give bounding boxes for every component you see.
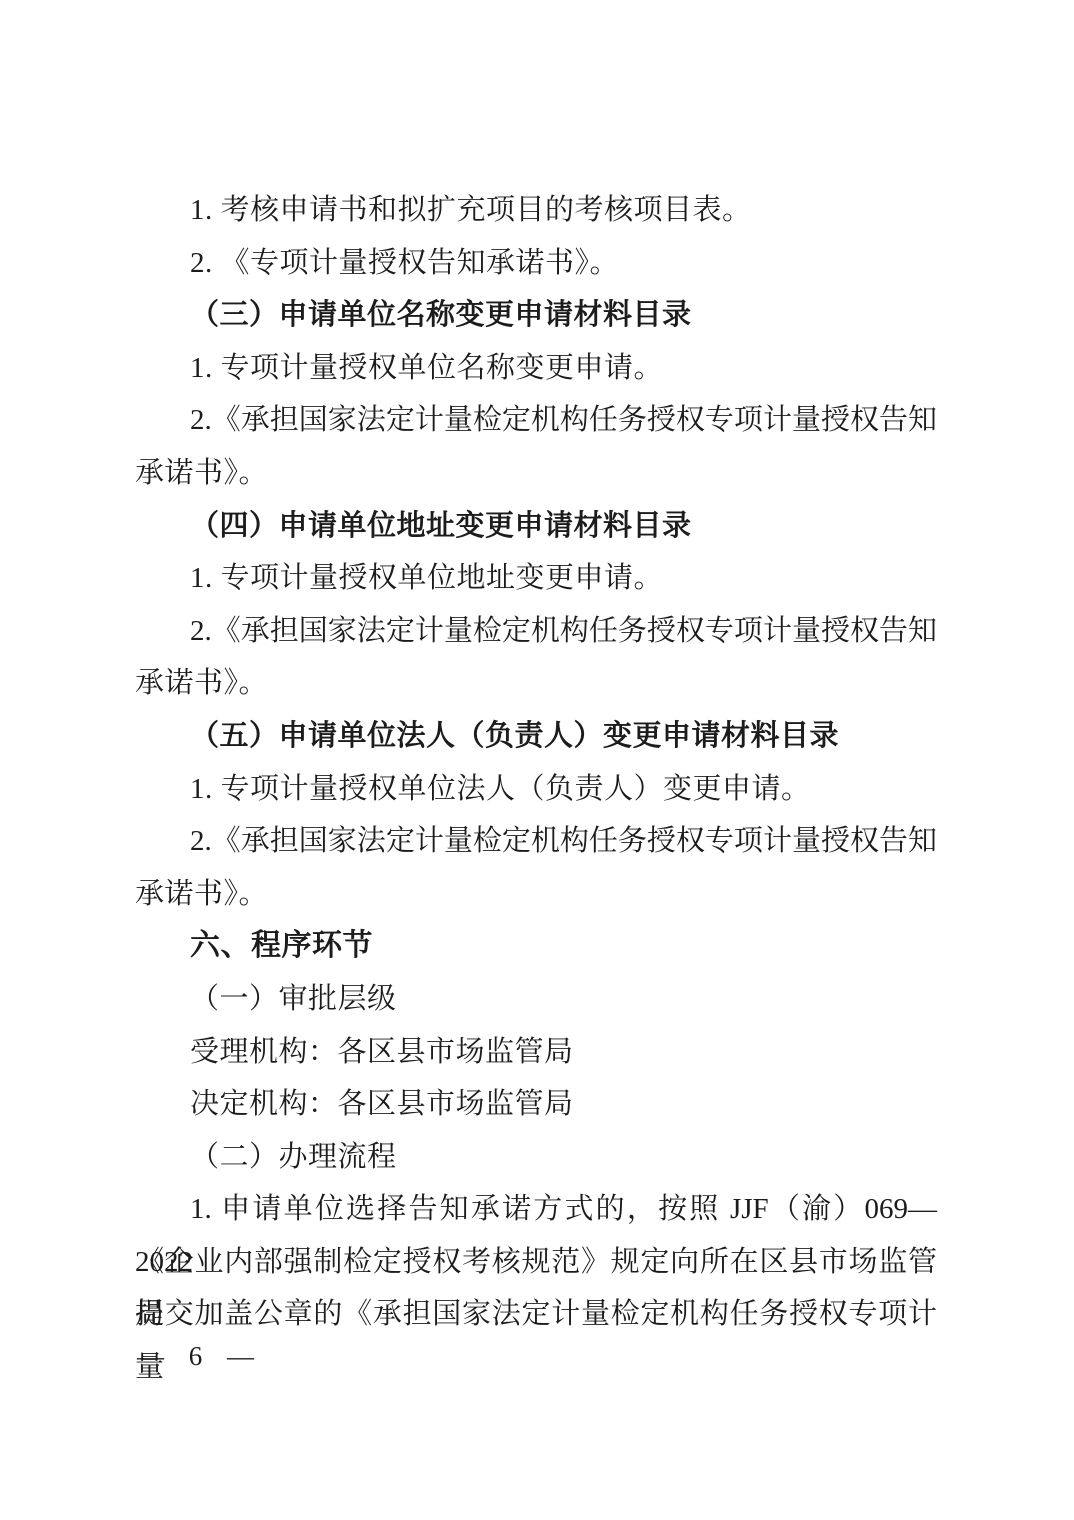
page-number: — 6 — [137, 1330, 256, 1383]
list-item-line: 2.《承担国家法定计量检定机构任务授权专项计量授权告知 [135, 605, 937, 658]
list-item-line: 1. 专项计量授权单位法人（负责人）变更申请。 [135, 763, 937, 816]
paragraph-continuation: 承诺书》。 [135, 447, 937, 500]
section-heading-four: （四）申请单位地址变更申请材料目录 [135, 500, 937, 553]
document-page: 1. 考核申请书和拟扩充项目的考核项目表。 2. 《专项计量授权告知承诺书》。 … [0, 0, 1074, 1520]
list-item-line: 1. 申请单位选择告知承诺方式的，按照 JJF（渝）069—2022 [135, 1183, 937, 1236]
list-item-line: 2. 《专项计量授权告知承诺书》。 [135, 237, 937, 290]
paragraph-continuation: 承诺书》。 [135, 868, 937, 921]
subsection-heading-one: （一）审批层级 [135, 973, 937, 1026]
paragraph-continuation: 《企业内部强制检定授权考核规范》规定向所在区县市场监管局 [135, 1236, 937, 1289]
body-line: 决定机构：各区县市场监管局 [135, 1078, 937, 1131]
list-item-line: 2.《承担国家法定计量检定机构任务授权专项计量授权告知 [135, 815, 937, 868]
document-body: 1. 考核申请书和拟扩充项目的考核项目表。 2. 《专项计量授权告知承诺书》。 … [135, 184, 937, 1341]
section-heading-five: （五）申请单位法人（负责人）变更申请材料目录 [135, 710, 937, 763]
section-heading-three: （三）申请单位名称变更申请材料目录 [135, 289, 937, 342]
paragraph-continuation: 承诺书》。 [135, 657, 937, 710]
chapter-heading-six: 六、程序环节 [135, 920, 937, 973]
list-item-line: 1. 专项计量授权单位地址变更申请。 [135, 552, 937, 605]
list-item-line: 1. 专项计量授权单位名称变更申请。 [135, 342, 937, 395]
body-line: 受理机构：各区县市场监管局 [135, 1026, 937, 1079]
subsection-heading-two: （二）办理流程 [135, 1131, 937, 1184]
list-item-line: 2.《承担国家法定计量检定机构任务授权专项计量授权告知 [135, 394, 937, 447]
list-item-line: 1. 考核申请书和拟扩充项目的考核项目表。 [135, 184, 937, 237]
